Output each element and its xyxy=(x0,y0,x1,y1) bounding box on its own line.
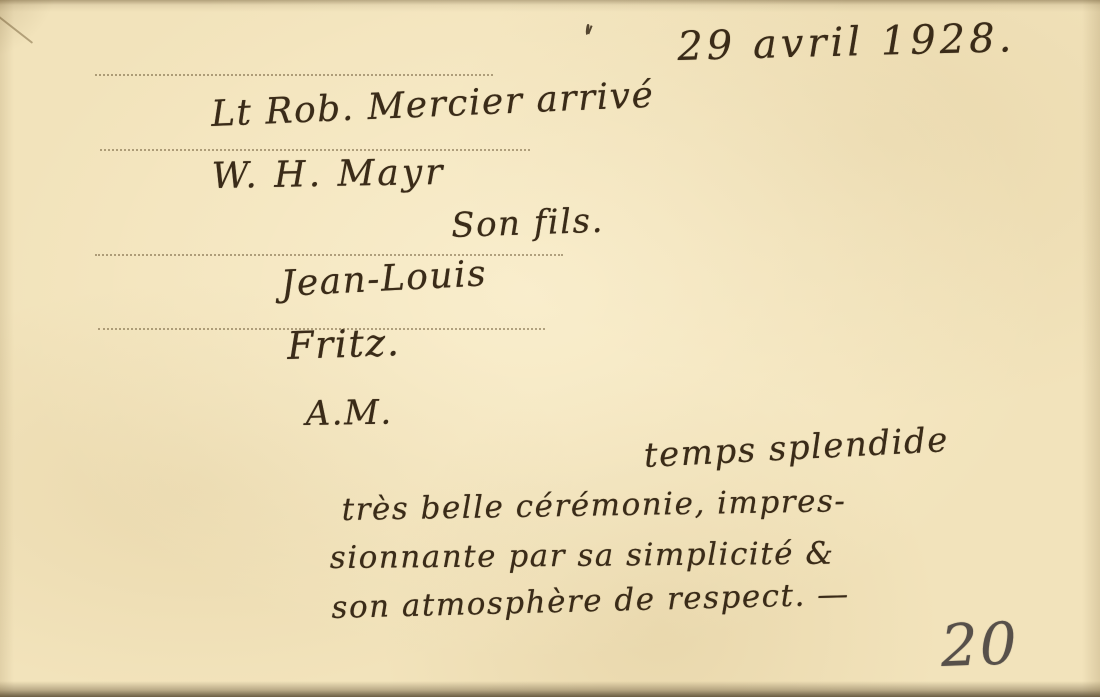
handwritten-line-am: A.M. xyxy=(305,392,393,434)
handwritten-line-fritz: Fritz. xyxy=(286,320,401,368)
ruled-dotted-line-1 xyxy=(95,74,493,76)
pencil-page-number: 20 xyxy=(940,609,1020,680)
ruled-dotted-line-2 xyxy=(100,149,530,151)
handwritten-date: 29 avril 1928. xyxy=(677,15,1016,70)
handwritten-line-mayr: W. H. Mayr xyxy=(211,152,445,197)
handwritten-line-simplicite: sionnante par sa simplicité & xyxy=(330,536,835,576)
ink-speck xyxy=(585,24,590,35)
ruled-dotted-line-3 xyxy=(95,254,563,256)
handwritten-line-ceremonie: très belle cérémonie, impres- xyxy=(341,483,846,528)
handwritten-line-jean-louis: Jean-Louis xyxy=(280,253,488,305)
handwritten-line-temps: temps splendide xyxy=(643,420,950,476)
postcard-back: 29 avril 1928. Lt Rob. Mercier arrivé W.… xyxy=(0,0,1100,697)
handwritten-line-arrival: Lt Rob. Mercier arrivé xyxy=(210,75,655,135)
handwritten-line-fils: Son fils. xyxy=(451,201,605,246)
corner-crease xyxy=(0,10,33,44)
handwritten-line-respect: son atmosphère de respect. — xyxy=(331,576,850,626)
